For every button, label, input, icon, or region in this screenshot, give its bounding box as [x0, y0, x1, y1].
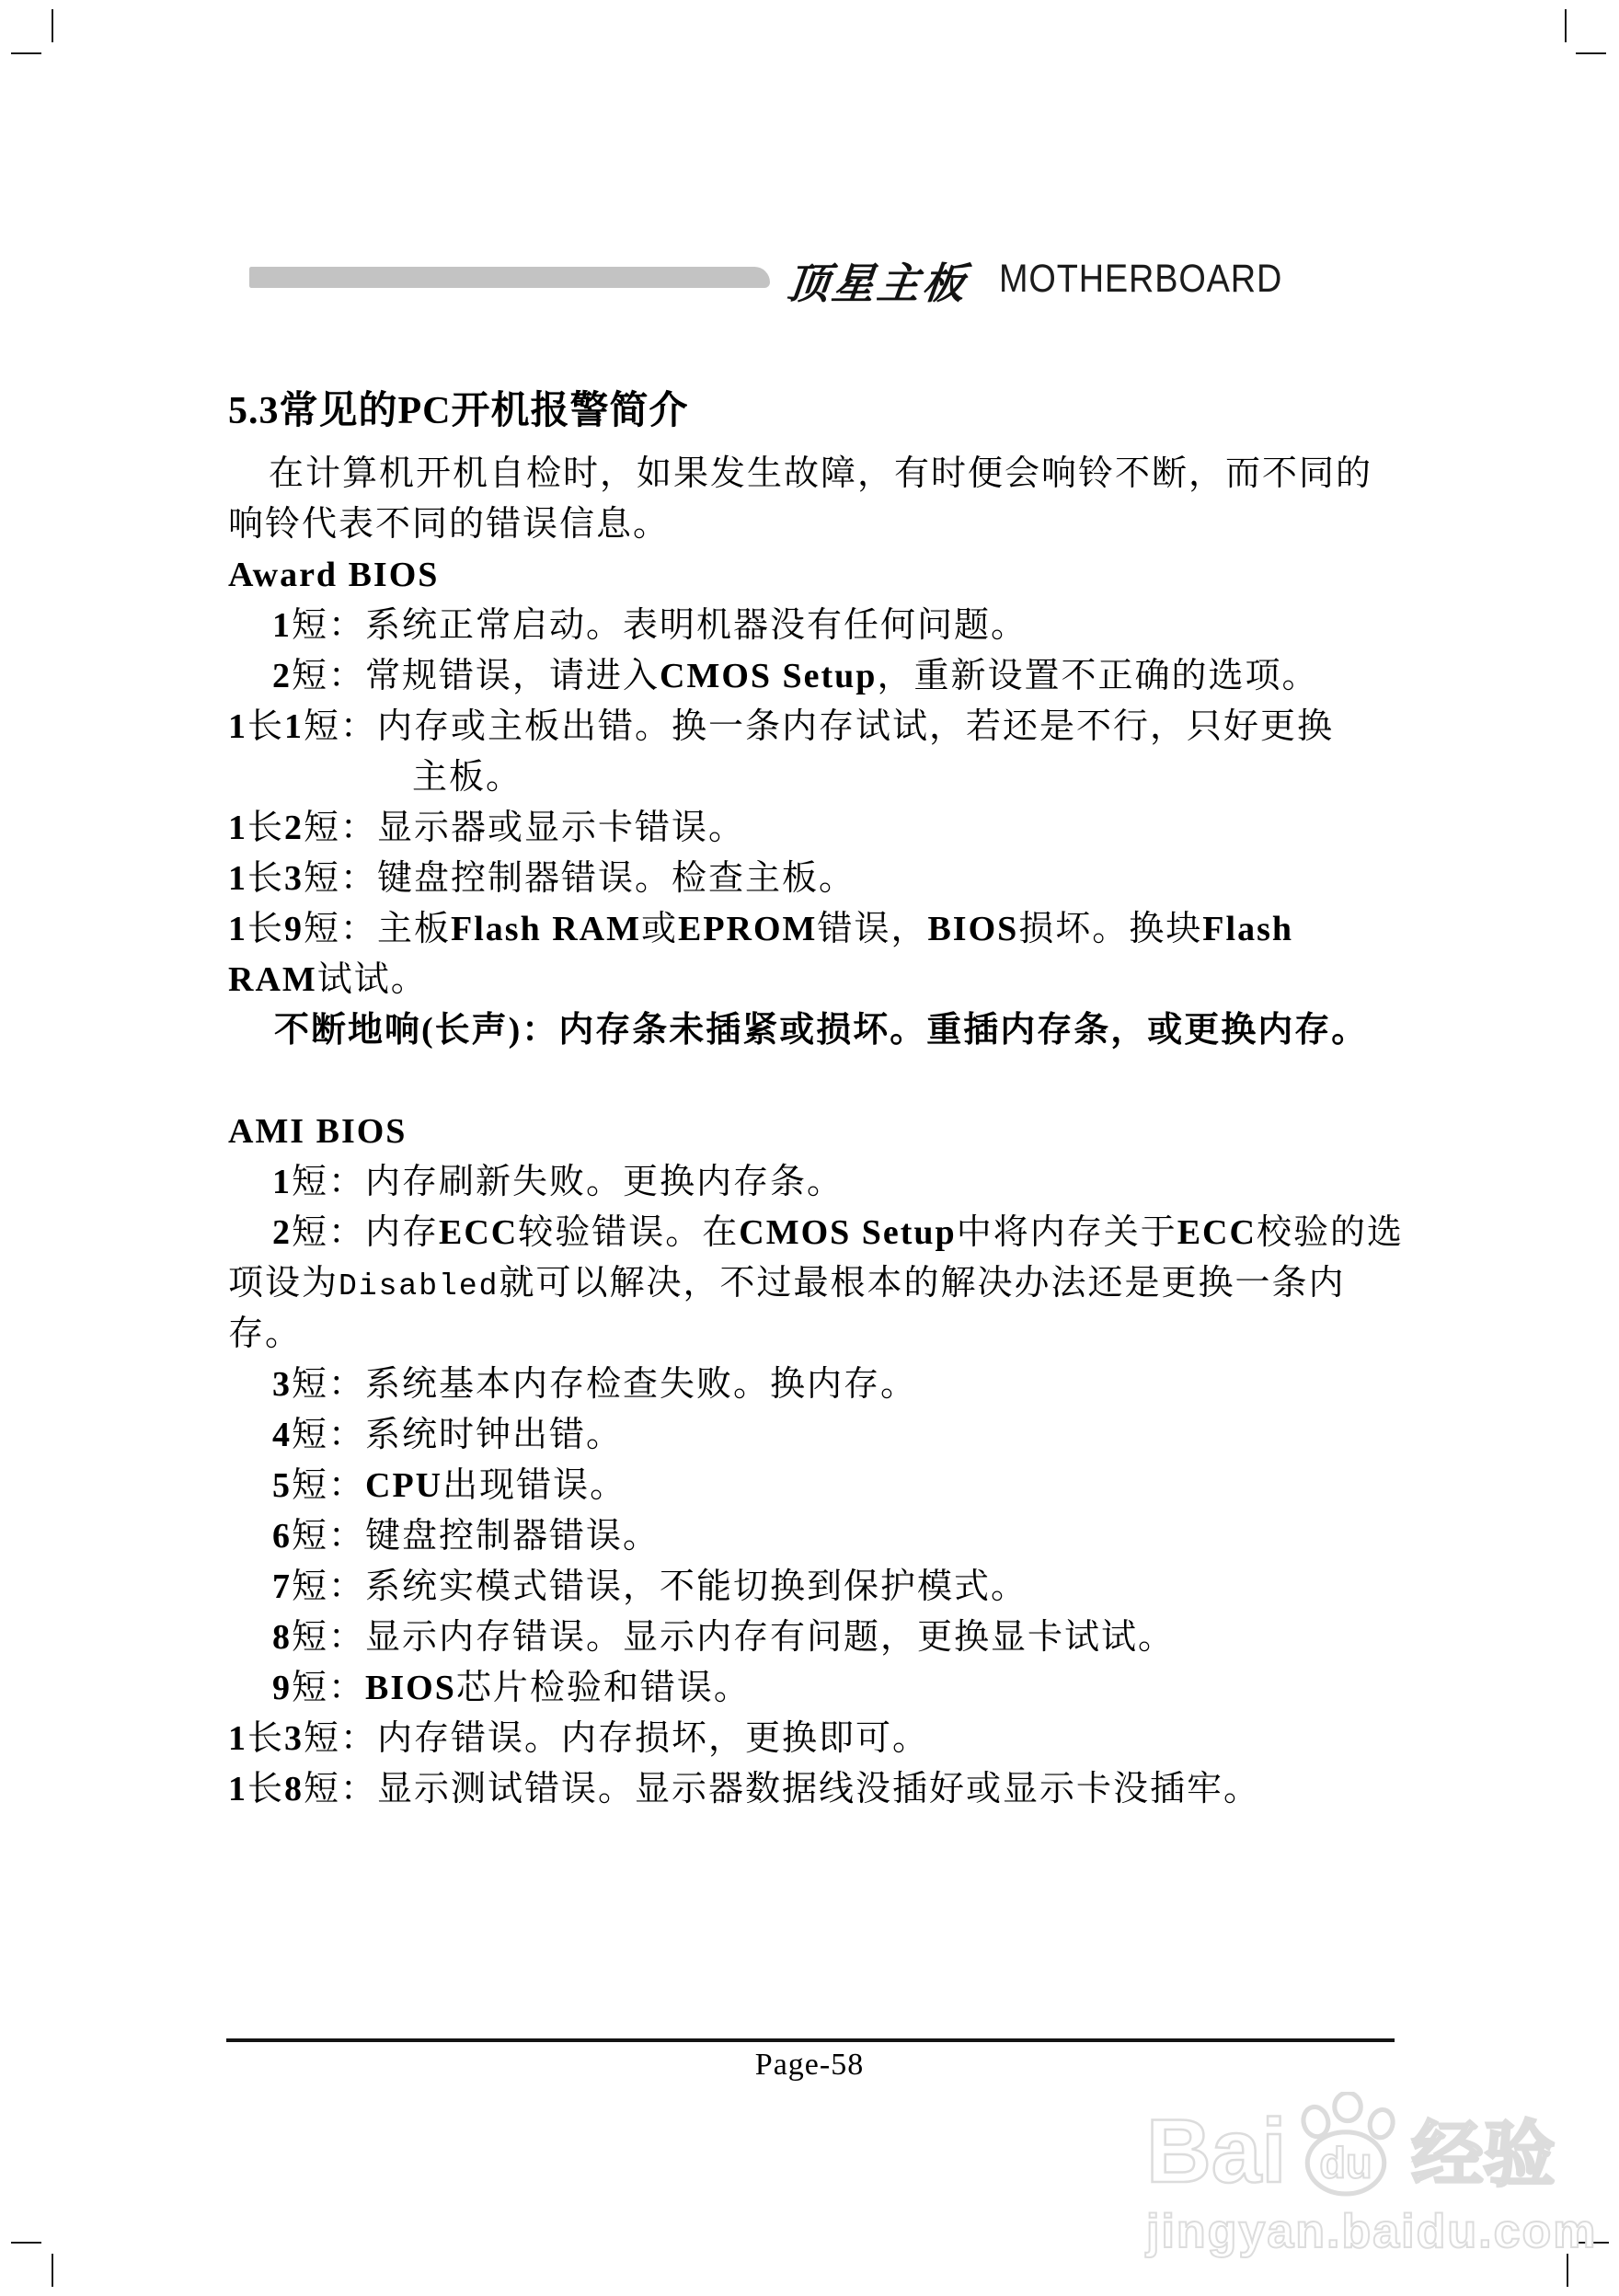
- footer-rule: [226, 2038, 1395, 2042]
- text-segment: 短：主板: [304, 910, 451, 948]
- text-segment: 长: [247, 1719, 284, 1758]
- text-segment: 短：内存刷新失败。更换内存条。: [292, 1163, 844, 1201]
- text-segment: 长: [247, 1770, 284, 1808]
- text-segment: 2: [284, 809, 304, 847]
- text-line: 响铃代表不同的错误信息。: [228, 499, 1415, 550]
- text-segment: 试试。: [317, 960, 428, 999]
- page-number: Page-58: [0, 2048, 1619, 2083]
- text-segment: 9: [284, 910, 304, 948]
- text-segment: 校验的选: [1257, 1213, 1404, 1252]
- text-segment: EPROM: [678, 910, 817, 948]
- text-segment: 损坏。换块: [1018, 910, 1202, 948]
- text-segment: 9: [272, 1669, 292, 1707]
- text-line: 1长9短：主板Flash RAM或EPROM错误，BIOS损坏。换块Flash: [228, 904, 1415, 955]
- text-segment: 短：: [292, 1466, 365, 1505]
- text-line: 1长8短：显示测试错误。显示器数据线没插好或显示卡没插牢。: [228, 1764, 1415, 1815]
- section-title: 5.3常见的PC开机报警简介: [228, 386, 1415, 449]
- section-heading-ami-bios: AMI BIOS: [228, 1107, 1415, 1157]
- text-segment: CMOS Setup: [739, 1213, 956, 1252]
- text-segment: 1: [228, 859, 247, 898]
- text-segment: 1: [272, 606, 292, 645]
- section-heading-award-bios: Award BIOS: [228, 550, 1415, 601]
- text-line: 3短：系统基本内存检查失败。换内存。: [228, 1360, 1415, 1410]
- text-line: 4短：系统时钟出错。: [228, 1410, 1415, 1461]
- text-segment: 长: [247, 910, 284, 948]
- text-line: 1短：内存刷新失败。更换内存条。: [228, 1157, 1415, 1208]
- body-text: 在计算机开机自检时，如果发生故障，有时便会响铃不断，而不同的响铃代表不同的错误信…: [228, 449, 1415, 1815]
- text-segment: 存。: [228, 1314, 302, 1353]
- text-line: 5短：CPU出现错误。: [228, 1461, 1415, 1511]
- text-line: 2短：常规错误，请进入CMOS Setup，重新设置不正确的选项。: [228, 651, 1415, 702]
- text-line: 在计算机开机自检时，如果发生故障，有时便会响铃不断，而不同的: [228, 449, 1415, 499]
- text-segment: ECC: [1177, 1213, 1257, 1252]
- text-segment: BIOS: [365, 1669, 456, 1707]
- text-line: RAM试试。: [228, 955, 1415, 1005]
- text-segment: 短：显示内存错误。显示内存有问题，更换显卡试试。: [292, 1618, 1175, 1657]
- text-segment: 在计算机开机自检时，如果发生故障，有时便会响铃不断，而不同的: [269, 454, 1372, 493]
- header-accent-bar: [249, 267, 770, 288]
- watermark-baidu-text: Bai: [1146, 2105, 1287, 2197]
- text-segment: 4: [272, 1416, 292, 1454]
- text-segment: 短：内存错误。内存损坏，更换即可。: [304, 1719, 929, 1758]
- text-segment: 短：显示测试错误。显示器数据线没插好或显示卡没插牢。: [304, 1770, 1260, 1808]
- text-segment: 短：内存或主板出错。换一条内存试试，若还是不行，只好更换: [304, 707, 1334, 746]
- text-line: 1长3短：内存错误。内存损坏，更换即可。: [228, 1714, 1415, 1764]
- text-segment: 短：: [292, 1669, 365, 1707]
- text-segment: 短：系统正常启动。表明机器没有任何问题。: [292, 606, 1028, 645]
- text-segment: 短：键盘控制器错误。检查主板。: [304, 859, 855, 898]
- crop-mark-bottom-left-vertical: [52, 2254, 53, 2287]
- brand-motherboard-label: MOTHERBOARD: [999, 257, 1282, 302]
- text-line: 存。: [228, 1309, 1415, 1360]
- text-segment: 8: [272, 1618, 292, 1657]
- crop-mark-top-left-vertical: [52, 9, 53, 42]
- document-page: 顶星主板 MOTHERBOARD 5.3常见的PC开机报警简介 在计算机开机自检…: [0, 0, 1619, 2296]
- text-segment: 响铃代表不同的错误信息。: [228, 505, 670, 544]
- text-segment: 长: [247, 809, 284, 847]
- text-segment: ECC: [439, 1213, 518, 1252]
- text-segment: Award BIOS: [228, 556, 439, 594]
- text-segment: 错误，: [817, 910, 927, 948]
- text-line: 1短：系统正常启动。表明机器没有任何问题。: [228, 601, 1415, 651]
- text-line: 项设为Disabled就可以解决，不过最根本的解决办法还是更换一条内: [228, 1258, 1415, 1309]
- text-segment: 1: [228, 910, 247, 948]
- brand-logo-chinese: 顶星主板: [785, 250, 971, 311]
- text-segment: 1: [228, 1719, 247, 1758]
- text-segment: BIOS: [927, 910, 1018, 948]
- text-segment: 1: [228, 1770, 247, 1808]
- text-segment: 或: [641, 910, 678, 948]
- text-line: 不断地响(长声)：内存条未插紧或损坏。重插内存条，或更换内存。: [228, 1005, 1415, 1056]
- text-segment: ，重新设置不正确的选项。: [877, 657, 1318, 695]
- text-segment: 短：显示器或显示卡错误。: [304, 809, 745, 847]
- text-segment: 6: [272, 1517, 292, 1556]
- text-line: 2短：内存ECC较验错误。在CMOS Setup中将内存关于ECC校验的选: [228, 1208, 1415, 1258]
- text-segment: 短：系统实模式错误，不能切换到保护模式。: [292, 1567, 1028, 1606]
- text-segment: 短：系统基本内存检查失败。换内存。: [292, 1365, 917, 1404]
- watermark: Bai du 经验 jingyan.baidu.com: [1146, 2095, 1579, 2259]
- text-segment: 短：内存: [292, 1213, 439, 1252]
- text-line: 8短：显示内存错误。显示内存有问题，更换显卡试试。: [228, 1613, 1415, 1663]
- text-segment: 3: [284, 859, 304, 898]
- text-segment: 2: [272, 657, 292, 695]
- text-segment: 较验错误。在: [518, 1213, 739, 1252]
- text-segment: CMOS Setup: [660, 657, 877, 695]
- text-line: 6短：键盘控制器错误。: [228, 1511, 1415, 1562]
- text-segment: 就可以解决，不过最根本的解决办法还是更换一条内: [499, 1264, 1345, 1303]
- text-segment: 出现错误。: [442, 1466, 626, 1505]
- text-segment: 5: [272, 1466, 292, 1505]
- text-segment: 2: [272, 1213, 292, 1252]
- text-segment: Flash RAM: [451, 910, 641, 948]
- document-body: 5.3常见的PC开机报警简介 在计算机开机自检时，如果发生故障，有时便会响铃不断…: [228, 386, 1415, 1815]
- text-segment: 不断地响(长声)：内存条未插紧或损坏。重插内存条，或更换内存。: [274, 1011, 1368, 1050]
- watermark-url: jingyan.baidu.com: [1146, 2204, 1579, 2259]
- watermark-du-text: du: [1319, 2140, 1372, 2187]
- crop-mark-top-right-vertical: [1565, 9, 1567, 42]
- crop-mark-bottom-left-horizontal: [11, 2242, 41, 2244]
- baidu-paw-icon: du: [1289, 2092, 1403, 2197]
- text-line: 7短：系统实模式错误，不能切换到保护模式。: [228, 1562, 1415, 1613]
- text-line: 1长3短：键盘控制器错误。检查主板。: [228, 854, 1415, 904]
- text-segment: 长: [247, 707, 284, 746]
- text-line: 1长1短：内存或主板出错。换一条内存试试，若还是不行，只好更换: [228, 702, 1415, 752]
- text-segment: 3: [272, 1365, 292, 1404]
- blank-line: [228, 1056, 1415, 1107]
- watermark-logo-row: Bai du 经验: [1146, 2095, 1579, 2197]
- text-segment: 中将内存关于: [957, 1213, 1177, 1252]
- text-segment: CPU: [365, 1466, 442, 1505]
- text-segment: 7: [272, 1567, 292, 1606]
- crop-mark-top-left-horizontal: [11, 52, 41, 54]
- text-segment: 8: [284, 1770, 304, 1808]
- text-segment: 3: [284, 1719, 304, 1758]
- text-segment: 长: [247, 859, 284, 898]
- text-segment: 1: [272, 1163, 292, 1201]
- text-line: 9短：BIOS芯片检验和错误。: [228, 1663, 1415, 1714]
- text-segment: 1: [228, 707, 247, 746]
- text-segment: 1: [228, 809, 247, 847]
- text-segment: Flash: [1202, 910, 1293, 948]
- text-segment: RAM: [228, 960, 317, 999]
- text-segment: 短：键盘控制器错误。: [292, 1517, 660, 1556]
- text-line: 主板。: [228, 752, 1415, 803]
- text-line: 1长2短：显示器或显示卡错误。: [228, 803, 1415, 854]
- text-segment: 短：系统时钟出错。: [292, 1416, 623, 1454]
- watermark-jingyan-chinese: 经验: [1412, 2112, 1556, 2197]
- text-segment: 项设为: [228, 1264, 339, 1303]
- text-segment: AMI BIOS: [228, 1112, 407, 1151]
- text-segment: 主板。: [412, 758, 522, 797]
- crop-mark-top-right-horizontal: [1576, 52, 1606, 54]
- text-segment: 芯片检验和错误。: [456, 1669, 751, 1707]
- text-segment: Disabled: [339, 1269, 499, 1303]
- text-segment: 短：常规错误，请进入: [292, 657, 660, 695]
- text-segment: 1: [284, 707, 304, 746]
